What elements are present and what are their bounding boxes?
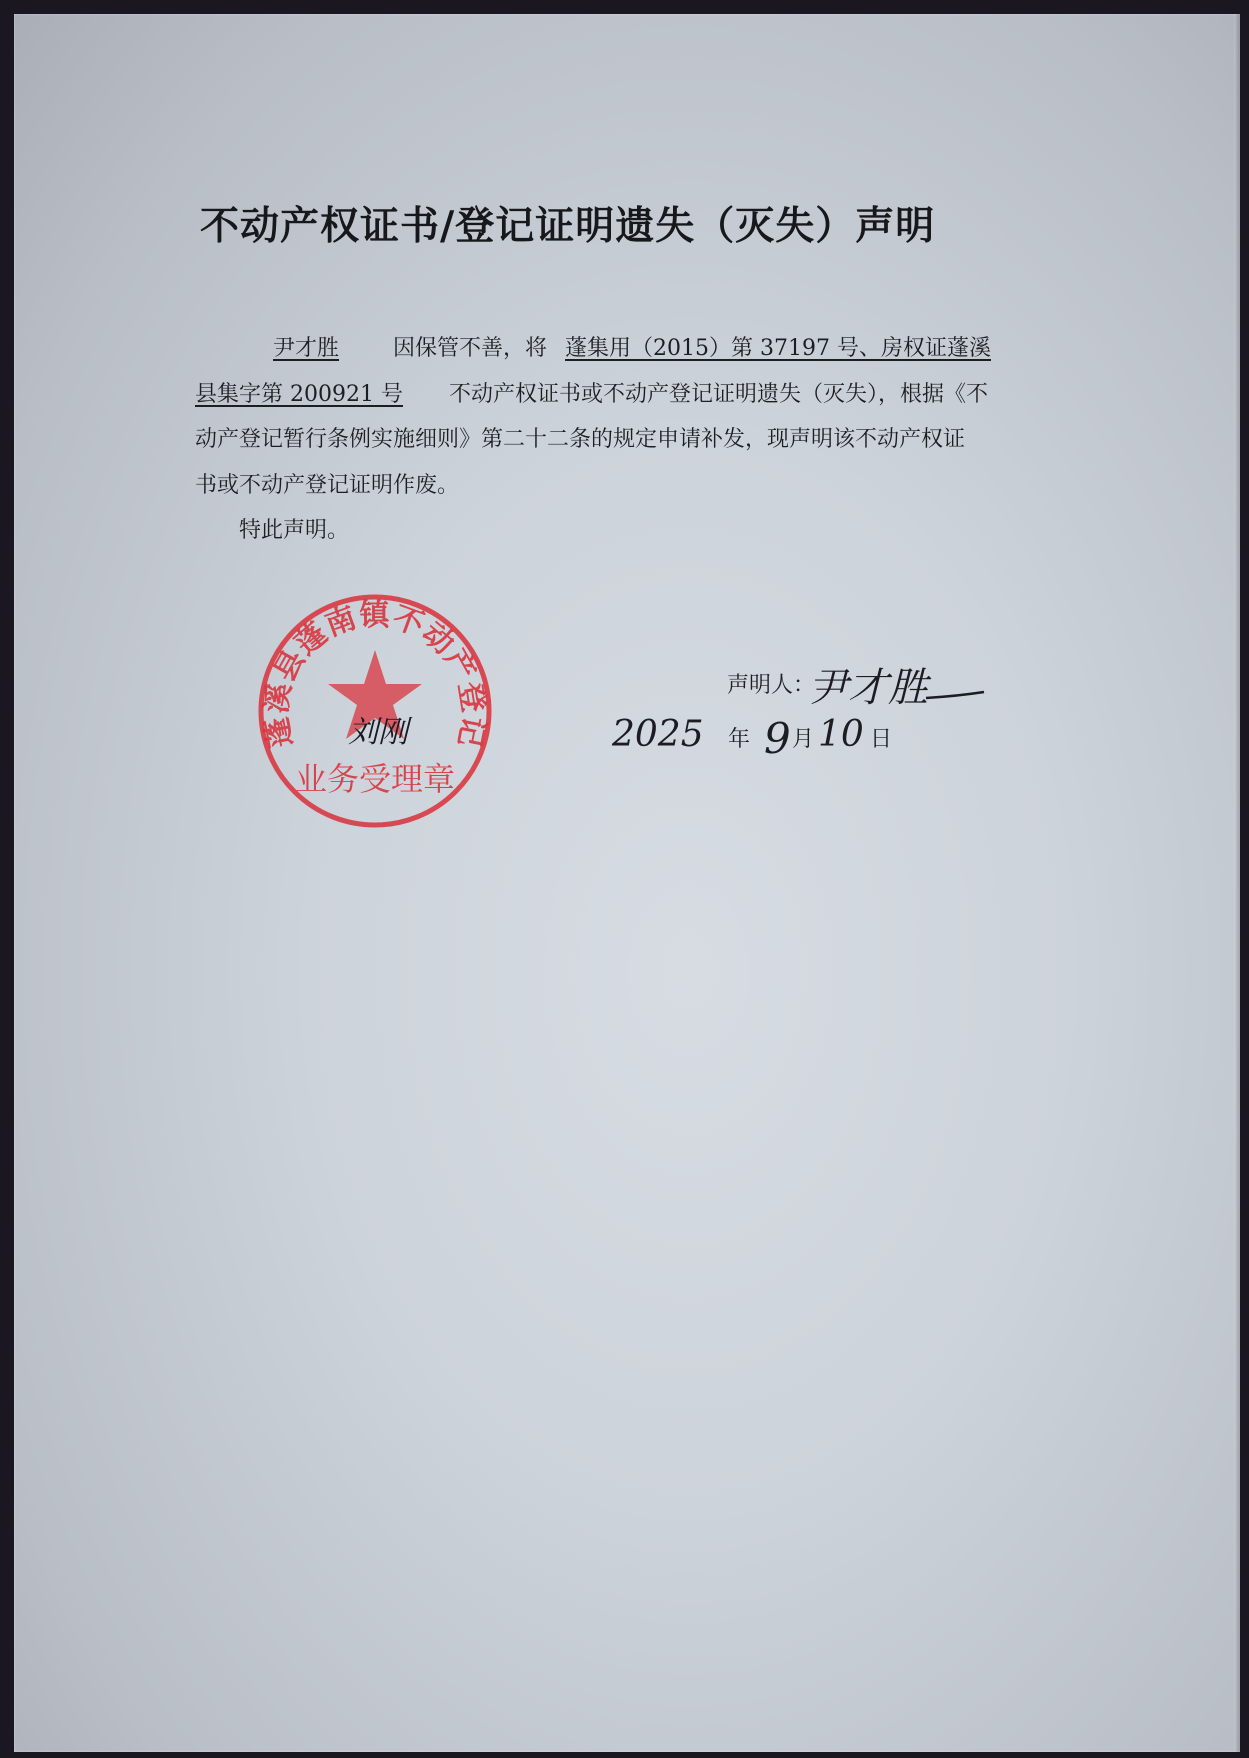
certificate-number-field-cont: 县集字第 200921 号 (195, 382, 449, 407)
certificate-number-field: 蓬集用（2015）第 37197 号、房权证蓬溪 (547, 336, 991, 361)
month-label: 月 (792, 722, 814, 753)
paragraph-line-3: 动产登记暂行条例实施细则》第二十二条的规定申请补发，现声明该不动产权证 (195, 417, 1055, 463)
paragraph-line-2: 县集字第 200921 号不动产权证书或不动产登记证明遗失（灭失），根据《不 (195, 372, 1055, 418)
paragraph-line-1: 尹才胜因保管不善，将蓬集用（2015）第 37197 号、房权证蓬溪 (195, 326, 1055, 372)
declarant-name-field: 尹才胜 (195, 336, 393, 361)
date-month: 9 (764, 714, 791, 763)
declaration-paragraph: 尹才胜因保管不善，将蓬集用（2015）第 37197 号、房权证蓬溪 县集字第 … (195, 326, 1055, 554)
paragraph-line-4: 书或不动产登记证明作废。 (195, 463, 1055, 509)
official-seal: 蓬溪县蓬南镇不动产登记 业务受理章 刘刚 (256, 592, 494, 830)
seal-handwritten-signature: 刘刚 (348, 715, 413, 750)
document-title: 不动产权证书/登记证明遗失（灭失）声明 (200, 195, 1060, 251)
year-label: 年 (728, 722, 750, 753)
paragraph-text: 不动产权证书或不动产登记证明遗失（灭失），根据《不 (449, 382, 988, 407)
seal-bottom-text: 业务受理章 (295, 760, 455, 798)
signature-stroke-icon (808, 650, 998, 720)
declarant-label: 声明人： (727, 668, 815, 699)
day-label: 日 (870, 722, 892, 753)
declarant-signature: 尹才胜 (808, 650, 998, 720)
declaration-date: 2025 年 9 月 10 日 (612, 712, 932, 762)
date-day: 10 (818, 714, 864, 755)
document-page (14, 14, 1240, 1752)
date-year: 2025 (612, 714, 704, 755)
closing-statement: 特此声明。 (195, 508, 1055, 554)
paragraph-text: 因保管不善，将 (393, 336, 547, 361)
